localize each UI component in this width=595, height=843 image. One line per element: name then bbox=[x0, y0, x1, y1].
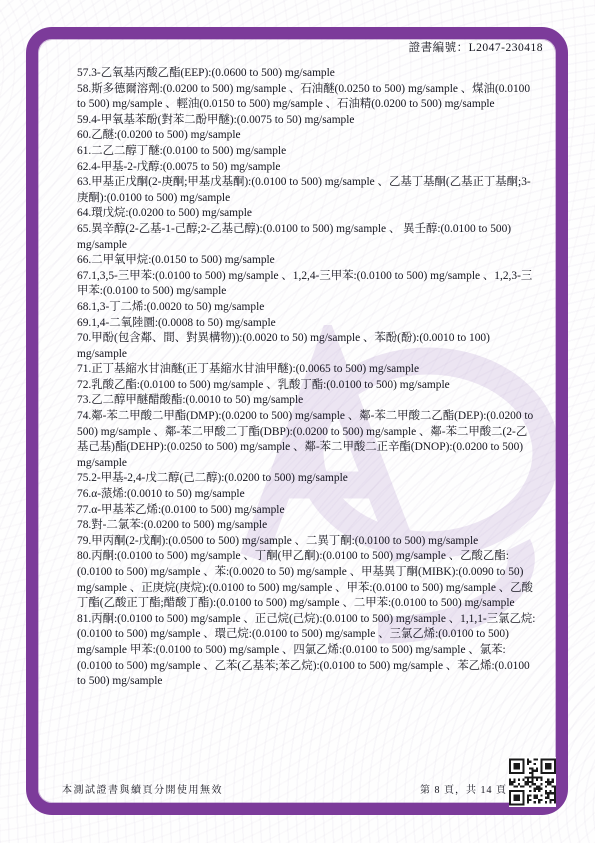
list-item: 69.1,4-二氧陸圜:(0.0008 to 50) mg/sample bbox=[77, 316, 536, 332]
list-item: 67.1,3,5-三甲苯:(0.0100 to 500) mg/sample 、… bbox=[77, 269, 536, 300]
list-item: 63.甲基正戊酮(2-庚酮;甲基戊基酮):(0.0100 to 500) mg/… bbox=[77, 175, 536, 206]
list-item: 80.丙酮:(0.0100 to 500) mg/sample 、丁酮(甲乙酮)… bbox=[77, 549, 536, 611]
list-item: 65.異辛醇(2-乙基-1-己醇;2-乙基己醇):(0.0100 to 500)… bbox=[77, 222, 536, 253]
list-item: 76.α-蒎烯:(0.0010 to 50) mg/sample bbox=[77, 487, 536, 503]
certificate-number: 證書編號：L2047-230418 bbox=[0, 39, 543, 55]
list-item: 64.環戊烷:(0.0200 to 500) mg/sample bbox=[77, 206, 536, 222]
list-item: 72.乳酸乙酯:(0.0100 to 500) mg/sample 、乳酸丁酯:… bbox=[77, 378, 536, 394]
list-item: 62.4-甲基-2-戊醇:(0.0075 to 50) mg/sample bbox=[77, 160, 536, 176]
analyte-list: 57.3-乙氧基丙酸乙酯(EEP):(0.0600 to 500) mg/sam… bbox=[77, 66, 536, 690]
list-item: 59.4-甲氧基苯酚(對苯二酚甲醚):(0.0075 to 50) mg/sam… bbox=[77, 113, 536, 129]
list-item: 57.3-乙氧基丙酸乙酯(EEP):(0.0600 to 500) mg/sam… bbox=[77, 66, 536, 82]
list-item: 77.α-甲基苯乙烯:(0.0100 to 500) mg/sample bbox=[77, 503, 536, 519]
list-item: 61.二乙二醇丁醚:(0.0100 to 500) mg/sample bbox=[77, 144, 536, 160]
list-item: 75.2-甲基-2,4-戊二醇(己二醇):(0.0200 to 500) mg/… bbox=[77, 471, 536, 487]
list-item: 70.甲酚(包含鄰、間、對異構物)):(0.0020 to 50) mg/sam… bbox=[77, 331, 536, 362]
list-item: 58.斯多德爾溶劑:(0.0200 to 500) mg/sample 、石油醚… bbox=[77, 82, 536, 113]
list-item: 74.鄰-苯二甲酸二甲酯(DMP):(0.0200 to 500) mg/sam… bbox=[77, 409, 536, 471]
list-item: 60.乙醚:(0.0200 to 500) mg/sample bbox=[77, 128, 536, 144]
page-number: 第 8 頁，共 14 頁 bbox=[420, 781, 507, 796]
list-item: 79.甲丙酮(2-戊酮):(0.0500 to 500) mg/sample 、… bbox=[77, 534, 536, 550]
footer-validity-note: 本測試證書與續頁分開使用無效 bbox=[62, 781, 223, 796]
certificate-page: 證書編號：L2047-230418 57.3-乙氧基丙酸乙酯(EEP):(0.0… bbox=[0, 0, 595, 843]
list-item: 78.對-二氯苯:(0.0200 to 500) mg/sample bbox=[77, 518, 536, 534]
list-item: 66.二甲氧甲烷:(0.0150 to 500) mg/sample bbox=[77, 253, 536, 269]
list-item: 73.乙二醇甲醚醋酸酯:(0.0010 to 50) mg/sample bbox=[77, 393, 536, 409]
list-item: 71.正丁基縮水甘油醚(正丁基縮水甘油甲醚):(0.0065 to 500) m… bbox=[77, 362, 536, 378]
qr-code bbox=[509, 757, 556, 807]
list-item: 81.丙酮:(0.0100 to 500) mg/sample 、正己烷(己烷)… bbox=[77, 612, 536, 690]
list-item: 68.1,3-丁二烯:(0.0020 to 50) mg/sample bbox=[77, 300, 536, 316]
